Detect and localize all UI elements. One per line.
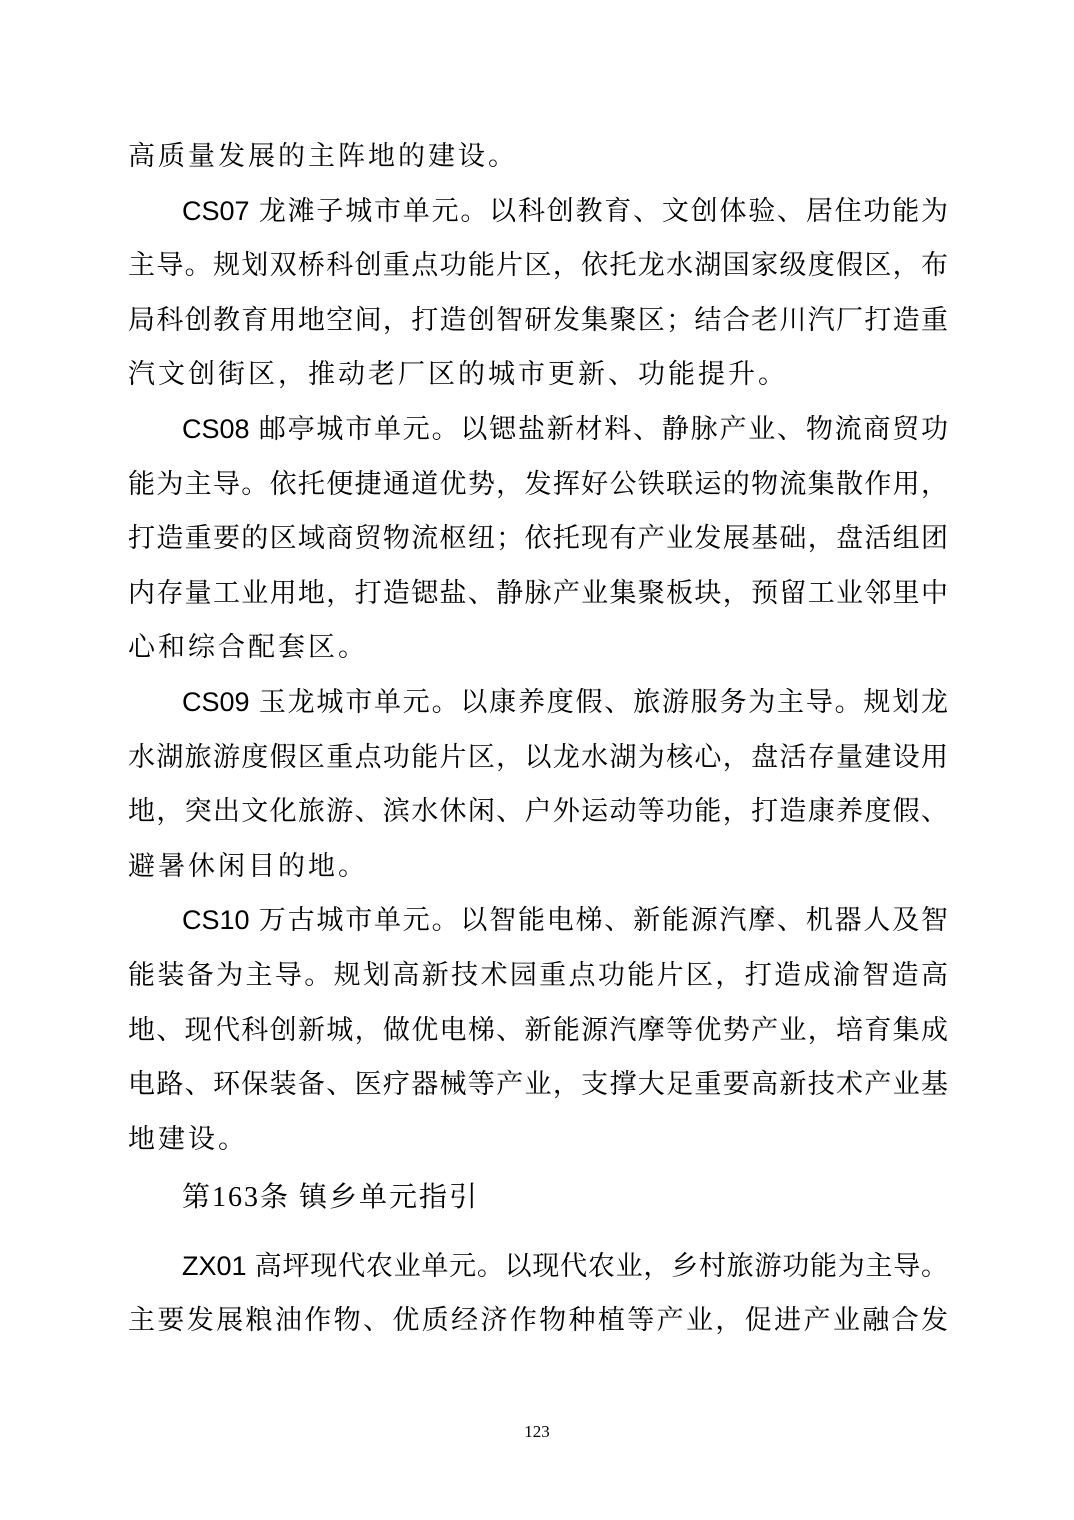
paragraph-line: CS07 龙滩子城市单元。以科创教育、文创体验、居住功能为: [128, 184, 948, 239]
paragraph-line: ZX01 高坪现代农业单元。以现代农业，乡村旅游功能为主导。: [128, 1239, 948, 1294]
paragraph-line: 水湖旅游度假区重点功能片区，以龙水湖为核心，盘活存量建设用: [128, 730, 948, 785]
paragraph-line: 内存量工业用地，打造锶盐、静脉产业集聚板块，预留工业邻里中: [128, 566, 948, 621]
paragraph-line: 地建设。: [128, 1112, 948, 1167]
paragraph-line: 局科创教育用地空间，打造创智研发集聚区；结合老川汽厂打造重: [128, 293, 948, 348]
paragraph-line: 心和综合配套区。: [128, 620, 948, 675]
paragraph-line: 地、现代科创新城，做优电梯、新能源汽摩等优势产业，培育集成: [128, 1003, 948, 1058]
paragraph-line: CS09 玉龙城市单元。以康养度假、旅游服务为主导。规划龙: [128, 675, 948, 730]
paragraph-line: 打造重要的区域商贸物流枢纽；依托现有产业发展基础，盘活组团: [128, 511, 948, 566]
paragraph-line: 电路、环保装备、医疗器械等产业，支撑大足重要高新技术产业基: [128, 1057, 948, 1112]
document-page: 高质量发展的主阵地的建设。 CS07 龙滩子城市单元。以科创教育、文创体验、居住…: [0, 0, 1074, 1520]
paragraph-line: 主要发展粮油作物、优质经济作物种植等产业，促进产业融合发: [128, 1293, 948, 1348]
paragraph-line: 汽文创街区，推动老厂区的城市更新、功能提升。: [128, 347, 948, 402]
paragraph-line: CS08 邮亭城市单元。以锶盐新材料、静脉产业、物流商贸功: [128, 402, 948, 457]
section-heading: 第163条 镇乡单元指引: [128, 1171, 948, 1226]
paragraph-line: 能装备为主导。规划高新技术园重点功能片区，打造成渝智造高: [128, 948, 948, 1003]
paragraph-line: 高质量发展的主阵地的建设。: [128, 129, 948, 184]
page-number: 123: [0, 1421, 1074, 1443]
paragraph-line: 避暑休闲目的地。: [128, 839, 948, 894]
paragraph-line: 主导。规划双桥科创重点功能片区，依托龙水湖国家级度假区，布: [128, 238, 948, 293]
paragraph-line: 能为主导。依托便捷通道优势，发挥好公铁联运的物流集散作用，: [128, 457, 948, 512]
page-content: 高质量发展的主阵地的建设。 CS07 龙滩子城市单元。以科创教育、文创体验、居住…: [128, 129, 948, 1348]
paragraph-line: 地，突出文化旅游、滨水休闲、户外运动等功能，打造康养度假、: [128, 784, 948, 839]
paragraph-line: CS10 万古城市单元。以智能电梯、新能源汽摩、机器人及智: [128, 893, 948, 948]
